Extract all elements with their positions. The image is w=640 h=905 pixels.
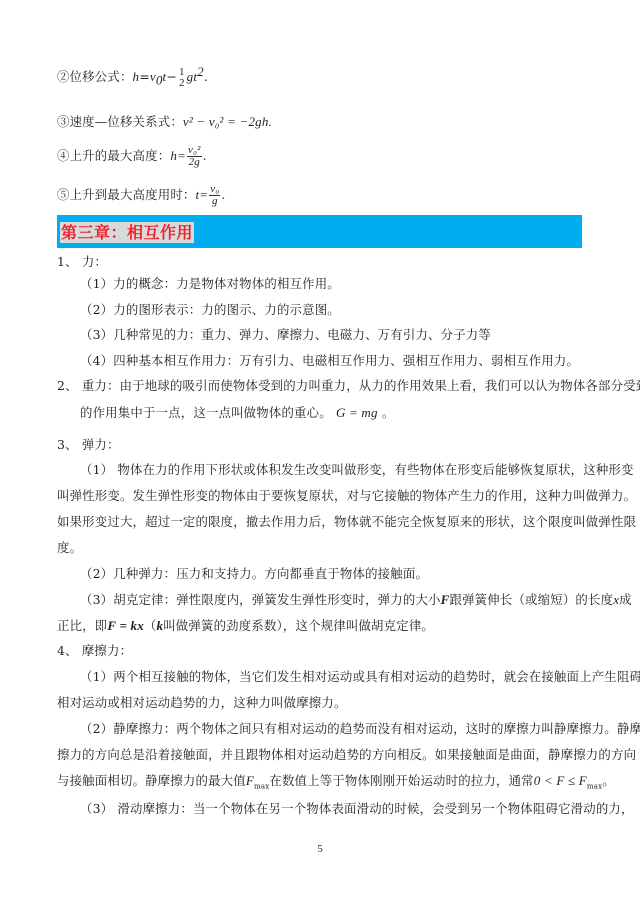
paragraph-gravity-line2: 的作用集中于一点，这一点叫做物体的重心。 G = mg 。: [80, 405, 394, 421]
formula-label: ②位移公式：: [57, 69, 133, 84]
section-heading-force: 1、 力：: [57, 254, 107, 270]
formula-label: ⑤上升到最大高度用时：: [57, 187, 196, 202]
section-heading-elastic: 3、 弹力：: [57, 437, 120, 453]
formula-max-height: ④上升的最大高度：h=v₀²2g.: [57, 145, 207, 168]
fraction: v₀g: [209, 184, 220, 207]
fraction: 12: [178, 67, 186, 89]
friction-inequality: 0 < F ≤ F: [534, 773, 587, 788]
formula-label: ④上升的最大高度：: [57, 148, 170, 163]
formula-rise-time: ⑤上升到最大高度用时：t=v₀g.: [57, 184, 226, 207]
paragraph-line: 叫弹性形变。发生弹性形变的物体由于要恢复原状，对与它接触的物体产生力的作用，这种…: [57, 488, 636, 504]
paragraph-line: （2）几种弹力：压力和支持力。方向都垂直于物体的接触面。: [80, 566, 428, 582]
paragraph-gravity-line1: 2、 重力：由于地球的吸引而使物体受到的力叫重力，从力的作用效果上看，我们可以认…: [57, 378, 640, 394]
list-item: （1）力的概念：力是物体对物体的相互作用。: [80, 276, 340, 292]
list-item: （4）四种基本相互作用力：万有引力、电磁相互作用力、强相互作用力、弱相互作用力。: [80, 353, 579, 369]
paragraph-line: （1） 物体在力的作用下形状或体积发生改变叫做形变，有些物体在形变后能够恢复原状…: [80, 462, 634, 478]
page-number: 5: [0, 843, 640, 855]
formula-displacement: ②位移公式：h=v0t−12gt2.: [57, 64, 208, 89]
paragraph-line: 如果形变过大，超过一定的限度，撤去作用力后，物体就不能完全恢复原来的形状，这个限…: [57, 514, 636, 530]
fraction: v₀²2g: [187, 145, 202, 168]
chapter-title: 第三章：相互作用: [60, 222, 194, 243]
paragraph-line: （3） 滑动摩擦力：当一个物体在另一个物体表面滑动的时候，会受到另一个物体阻碍它…: [80, 801, 634, 817]
paragraph-line: （1）两个相互接触的物体，当它们发生相对运动或具有相对运动的趋势时，就会在接触面…: [80, 669, 640, 685]
paragraph-line: 相对运动或相对运动趋势的力，这种力叫做摩擦力。: [57, 695, 347, 711]
section-heading-friction: 4、 摩擦力：: [57, 643, 132, 659]
paragraph-line: 度。: [57, 540, 82, 556]
paragraph-line: （2）静摩擦力：两个物体之间只有相对运动的趋势而没有相对运动，这时的摩擦力叫静摩…: [80, 721, 640, 737]
list-item: （3）几种常见的力：重力、弹力、摩擦力、电磁力、万有引力、分子力等: [80, 327, 491, 343]
formula-velocity-displacement: ③速度—位移关系式：v² − v₀² = −2gh.: [57, 114, 272, 130]
static-friction-max-line: 与接触面相切。静摩擦力的最大值Fmax在数值上等于物体刚刚开始运动时的拉力，通常…: [57, 773, 615, 794]
hooke-law-line2: 正比，即F = kx（k叫做弹簧的劲度系数），这个规律叫做胡克定律。: [57, 618, 434, 634]
formula-label: ③速度—位移关系式：: [57, 114, 183, 129]
gravity-formula: G = mg: [336, 405, 378, 420]
chapter-banner: 第三章：相互作用: [57, 215, 582, 248]
hooke-law-line1: （3）胡克定律：弹性限度内，弹簧发生弹性形变时，弹力的大小F跟弹簧伸长（或缩短）…: [80, 592, 632, 608]
paragraph-line: 擦力的方向总是沿着接触面，并且跟物体相对运动趋势的方向相反。如果接触面是曲面，静…: [57, 747, 636, 763]
formula-expression: v² − v₀² = −2gh.: [183, 114, 272, 129]
hooke-formula: F = kx: [107, 618, 144, 633]
list-item: （2）力的图形表示：力的图示、力的示意图。: [80, 302, 340, 318]
